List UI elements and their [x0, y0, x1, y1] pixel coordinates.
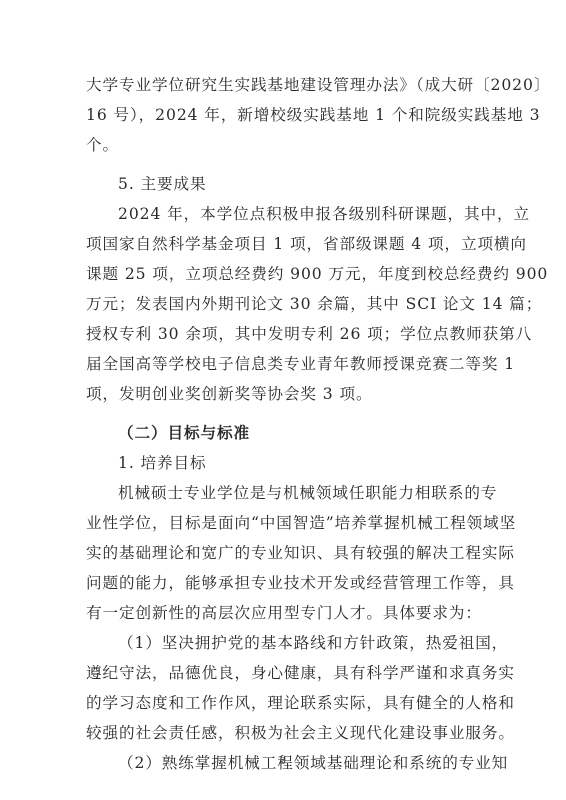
text-line: 有一定创新性的高层次应用型专门人才。具体要求为： [86, 598, 488, 628]
text-line: 项，发明创业奖创新奖等协会奖 3 项。 [86, 379, 488, 409]
subsection-heading-training-goals: 1. 培养目标 [118, 448, 488, 478]
text-line: 授权专利 30 余项，其中发明专利 26 项；学位点教师获第八 [86, 319, 488, 349]
text-line: 项国家自然科学基金项目 1 项，省部级课题 4 项，立项横向 [86, 229, 488, 259]
text-line: 问题的能力，能够承担专业技术开发或经营管理工作等，具 [86, 568, 488, 598]
document-page: 大学专业学位研究生实践基地建设管理办法》（成大研〔2020〕16 号），2024… [0, 0, 566, 800]
text-line: 机械硕士专业学位是与机械领域任职能力相联系的专 [118, 478, 488, 508]
text-line: 届全国高等学校电子信息类专业青年教师授课竞赛二等奖 1 [86, 349, 488, 379]
text-line: 2024 年，本学位点积极申报各级别科研课题，其中，立 [118, 199, 488, 229]
text-line: 较强的社会责任感，积极为社会主义现代化建设事业服务。 [86, 718, 488, 748]
text-line: 16 号），2024 年，新增校级实践基地 1 个和院级实践基地 3 [86, 100, 488, 130]
text-line: 实的基础理论和宽广的专业知识、具有较强的解决工程实际 [86, 538, 488, 568]
page-number: 3 [0, 756, 566, 767]
text-line: 万元；发表国内外期刊论文 30 余篇，其中 SCI 论文 14 篇； [86, 289, 488, 319]
text-line: 大学专业学位研究生实践基地建设管理办法》（成大研〔2020〕 [86, 70, 488, 100]
text-line: 的学习态度和工作作风，理论联系实际，具有健全的人格和 [86, 688, 488, 718]
text-line: （1）坚决拥护党的基本路线和方针政策，热爱祖国， [118, 628, 488, 658]
text-line: 课题 25 项，立项总经费约 900 万元，年度到校总经费约 900 [86, 259, 488, 289]
section-heading-main-results: 5. 主要成果 [118, 169, 488, 199]
section-heading-goals-standards: （二）目标与标准 [118, 418, 488, 448]
text-line: 个。 [86, 130, 488, 160]
text-line: 业性学位，目标是面向“中国智造”培养掌握机械工程领域坚 [86, 508, 488, 538]
text-line: 遵纪守法，品德优良，身心健康，具有科学严谨和求真务实 [86, 658, 488, 688]
